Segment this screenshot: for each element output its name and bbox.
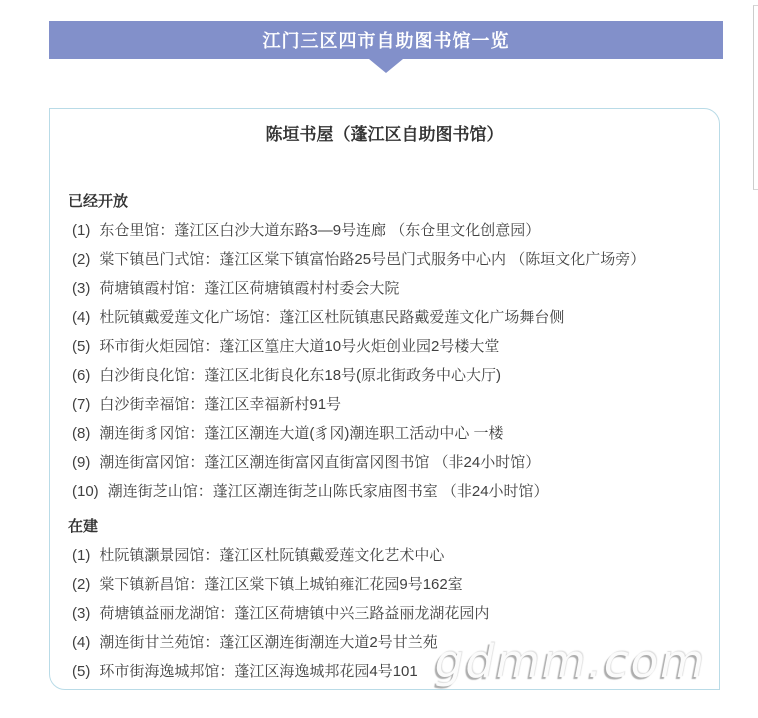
list-item: (1)东仓里馆：蓬江区白沙大道东路3—9号连廊 （东仓里文化创意园） [72, 216, 701, 245]
list-item: (3)荷塘镇益丽龙湖馆：蓬江区荷塘镇中兴三路益丽龙湖花园内 [72, 599, 701, 628]
list-item: (2)棠下镇邑门式馆：蓬江区棠下镇富怡路25号邑门式服务中心内 （陈垣文化广场旁… [72, 245, 701, 274]
item-number: (3) [72, 280, 90, 297]
item-text: 潮连街甘兰苑馆：蓬江区潮连街潮连大道2号甘兰苑 [99, 634, 437, 651]
construction-library-list: (1)杜阮镇灏景园馆：蓬江区杜阮镇戴爱莲文化艺术中心(2)棠下镇新昌馆：蓬江区棠… [68, 541, 701, 686]
item-number: (2) [72, 251, 90, 268]
item-number: (6) [72, 367, 90, 384]
item-text: 潮连街富冈馆：蓬江区潮连街富冈直街富冈图书馆 （非24小时馆） [99, 454, 540, 471]
item-number: (7) [72, 396, 90, 413]
item-number: (4) [72, 309, 90, 326]
item-number: (10) [72, 483, 99, 500]
item-text: 环市街火炬园馆：蓬江区篁庄大道10号火炬创业园2号楼大堂 [99, 338, 499, 355]
item-text: 环市街海逸城邦馆：蓬江区海逸城邦花园4号101 [99, 663, 417, 680]
item-number: (2) [72, 576, 90, 593]
list-item: (9)潮连街富冈馆：蓬江区潮连街富冈直街富冈图书馆 （非24小时馆） [72, 448, 701, 477]
item-number: (9) [72, 454, 90, 471]
list-item: (6)白沙街良化馆：蓬江区北街良化东18号(原北街政务中心大厅) [72, 361, 701, 390]
list-item: (8)潮连街豸冈馆：蓬江区潮连大道(豸冈)潮连职工活动中心 一楼 [72, 419, 701, 448]
list-item: (2)棠下镇新昌馆：蓬江区棠下镇上城铂雍汇花园9号162室 [72, 570, 701, 599]
item-number: (5) [72, 338, 90, 355]
library-list-card: 陈垣书屋（蓬江区自助图书馆） 已经开放 (1)东仓里馆：蓬江区白沙大道东路3—9… [49, 108, 720, 690]
list-item: (1)杜阮镇灏景园馆：蓬江区杜阮镇戴爱莲文化艺术中心 [72, 541, 701, 570]
item-text: 东仓里馆：蓬江区白沙大道东路3—9号连廊 （东仓里文化创意园） [99, 222, 540, 239]
section-already-open: 已经开放 (1)东仓里馆：蓬江区白沙大道东路3—9号连廊 （东仓里文化创意园）(… [68, 194, 701, 506]
item-text: 棠下镇新昌馆：蓬江区棠下镇上城铂雍汇花园9号162室 [99, 576, 462, 593]
item-number: (8) [72, 425, 90, 442]
list-item: (5)环市街火炬园馆：蓬江区篁庄大道10号火炬创业园2号楼大堂 [72, 332, 701, 361]
list-item: (10)潮连街芝山馆：蓬江区潮连街芝山陈氏家庙图书室 （非24小时馆） [72, 477, 701, 506]
item-text: 潮连街芝山馆：蓬江区潮连街芝山陈氏家庙图书室 （非24小时馆） [108, 483, 549, 500]
list-item: (4)杜阮镇戴爱莲文化广场馆：蓬江区杜阮镇惠民路戴爱莲文化广场舞台侧 [72, 303, 701, 332]
list-item: (5)环市街海逸城邦馆：蓬江区海逸城邦花园4号101 [72, 657, 701, 686]
page-banner: 江门三区四市自助图书馆一览 [49, 21, 723, 59]
item-text: 白沙街良化馆：蓬江区北街良化东18号(原北街政务中心大厅) [99, 367, 501, 384]
item-number: (4) [72, 634, 90, 651]
item-number: (3) [72, 605, 90, 622]
item-text: 荷塘镇益丽龙湖馆：蓬江区荷塘镇中兴三路益丽龙湖花园内 [99, 605, 489, 622]
list-item: (4)潮连街甘兰苑馆：蓬江区潮连街潮连大道2号甘兰苑 [72, 628, 701, 657]
item-number: (1) [72, 222, 90, 239]
section-under-construction: 在建 (1)杜阮镇灏景园馆：蓬江区杜阮镇戴爱莲文化艺术中心(2)棠下镇新昌馆：蓬… [68, 519, 701, 686]
item-text: 白沙街幸福馆：蓬江区幸福新村91号 [99, 396, 341, 413]
banner-title: 江门三区四市自助图书馆一览 [263, 27, 510, 53]
section-construction-heading: 在建 [68, 519, 701, 535]
cropped-element-edge [753, 5, 758, 190]
item-text: 杜阮镇灏景园馆：蓬江区杜阮镇戴爱莲文化艺术中心 [99, 547, 444, 564]
list-item: (7)白沙街幸福馆：蓬江区幸福新村91号 [72, 390, 701, 419]
item-text: 杜阮镇戴爱莲文化广场馆：蓬江区杜阮镇惠民路戴爱莲文化广场舞台侧 [99, 309, 564, 326]
open-library-list: (1)东仓里馆：蓬江区白沙大道东路3—9号连廊 （东仓里文化创意园）(2)棠下镇… [68, 216, 701, 506]
item-number: (5) [72, 663, 90, 680]
card-title: 陈垣书屋（蓬江区自助图书馆） [68, 123, 701, 147]
item-text: 棠下镇邑门式馆：蓬江区棠下镇富怡路25号邑门式服务中心内 （陈垣文化广场旁） [99, 251, 645, 268]
item-number: (1) [72, 547, 90, 564]
banner-pointer-arrow [369, 59, 403, 73]
item-text: 潮连街豸冈馆：蓬江区潮连大道(豸冈)潮连职工活动中心 一楼 [99, 425, 503, 442]
item-text: 荷塘镇霞村馆：蓬江区荷塘镇霞村村委会大院 [99, 280, 399, 297]
section-open-heading: 已经开放 [68, 194, 701, 210]
list-item: (3)荷塘镇霞村馆：蓬江区荷塘镇霞村村委会大院 [72, 274, 701, 303]
